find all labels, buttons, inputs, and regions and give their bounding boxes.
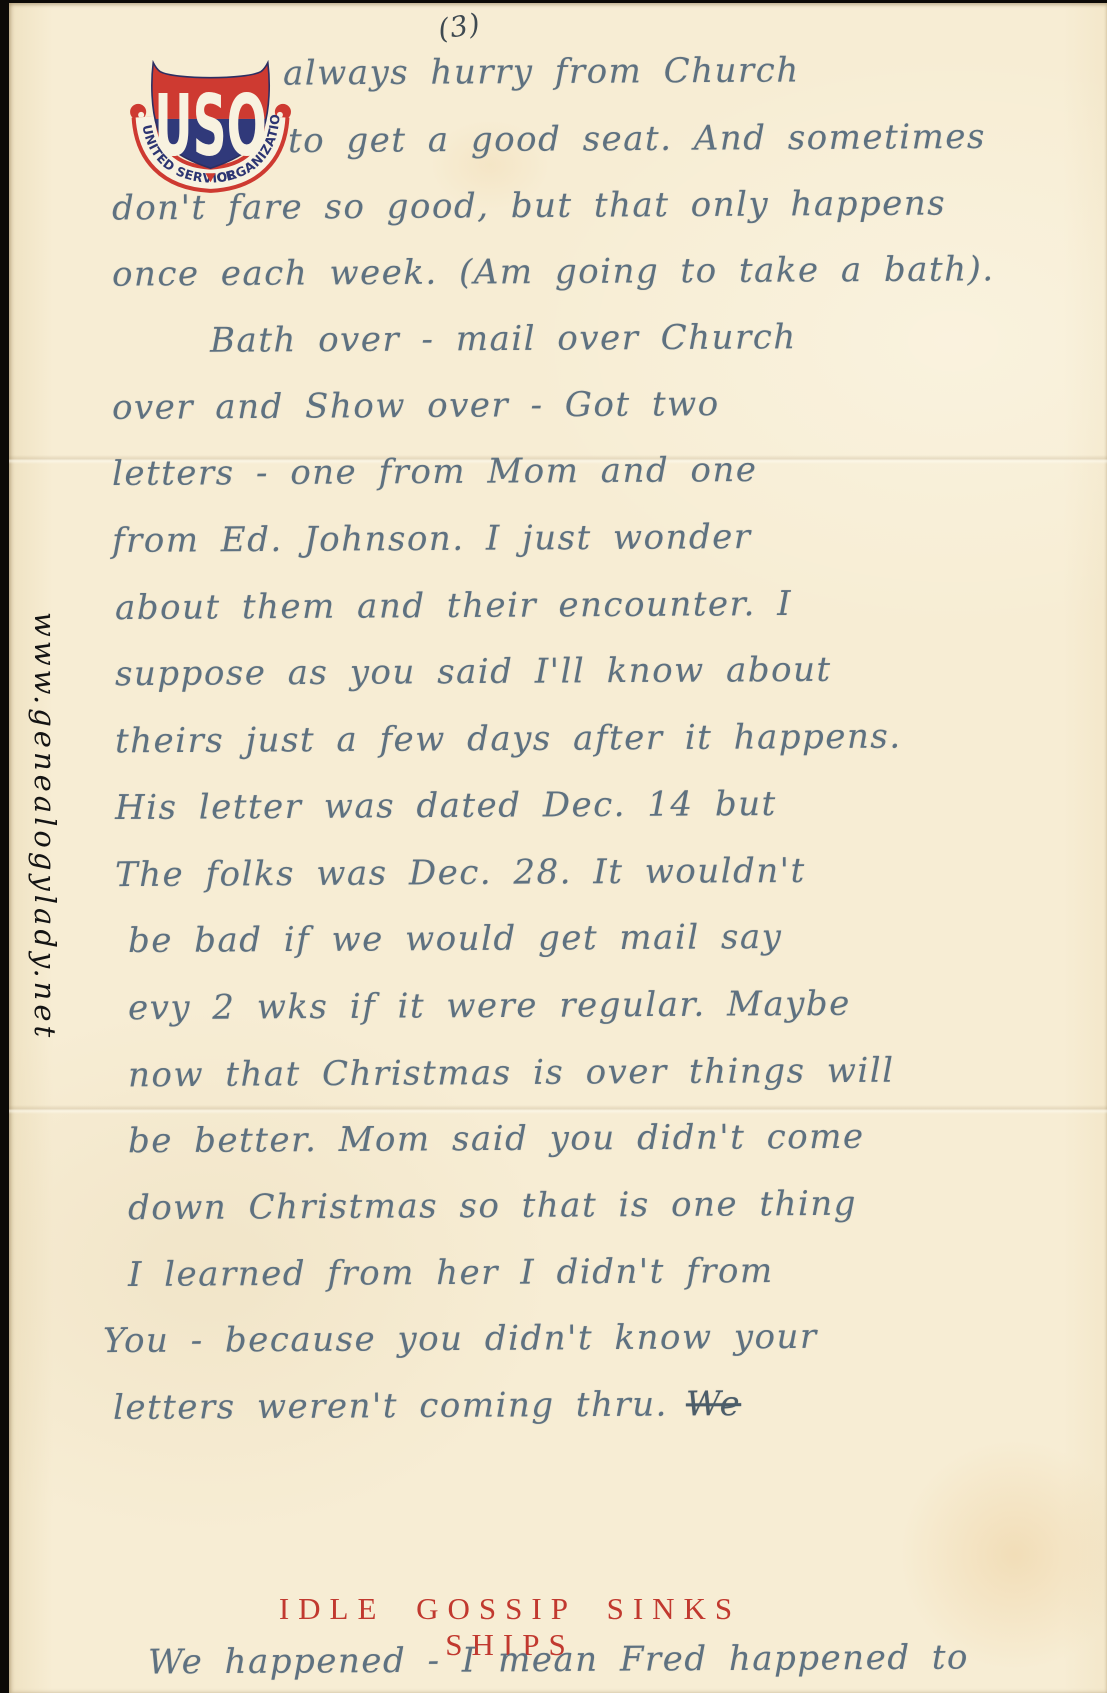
handwritten-line: from Ed. Johnson. I just wonder	[112, 517, 752, 561]
handwritten-line: suppose as you said I'll know about	[115, 650, 832, 694]
handwritten-line: I learned from her I didn't from	[128, 1251, 774, 1295]
handwritten-line: down Christmas so that is one thing	[128, 1184, 857, 1228]
fold-crease	[9, 1105, 1107, 1114]
handwritten-line: now that Christmas is over things will	[128, 1051, 895, 1096]
handwritten-line: The folks was Dec. 28. It wouldn't	[115, 851, 806, 895]
watermark-text: www.genealogylady.net	[28, 612, 62, 1041]
handwritten-line: letters - one from Mom and one	[112, 450, 758, 494]
handwritten-line: be bad if we would get mail say	[128, 917, 783, 961]
handwritten-line: theirs just a few days after it happens.	[115, 717, 902, 762]
handwritten-line: be better. Mom said you didn't come	[128, 1117, 865, 1161]
handwritten-line: once each week. (Am going to take a bath…	[112, 249, 995, 294]
scanned-letter-page: USO UNITED SERVICE ORGANIZATIONS (3) www…	[0, 0, 1107, 1693]
handwritten-line: about them and their encounter. I	[115, 584, 792, 628]
handwritten-line: to get a good seat. And sometimes	[288, 117, 986, 161]
handwritten-line: always hurry from Church	[283, 50, 800, 93]
handwritten-line: You - because you didn't know your	[103, 1317, 818, 1361]
handwritten-line: letters weren't coming thru.We	[113, 1384, 741, 1428]
handwritten-line-text: letters weren't coming thru.	[113, 1385, 668, 1428]
handwritten-line: His letter was dated Dec. 14 but	[115, 784, 777, 828]
struck-word: We	[686, 1384, 742, 1424]
page-number: (3)	[436, 7, 483, 46]
uso-logo: USO UNITED SERVICE ORGANIZATIONS	[112, 52, 298, 204]
handwritten-line: Bath over - mail over Church	[210, 317, 797, 361]
handwritten-line: don't fare so good, but that only happen…	[112, 183, 946, 228]
handwritten-line: We happened - I mean Fred happened to	[148, 1637, 969, 1682]
handwritten-line: evy 2 wks if it were regular. Maybe	[128, 984, 851, 1028]
handwritten-line: over and Show over - Got two	[112, 384, 720, 428]
